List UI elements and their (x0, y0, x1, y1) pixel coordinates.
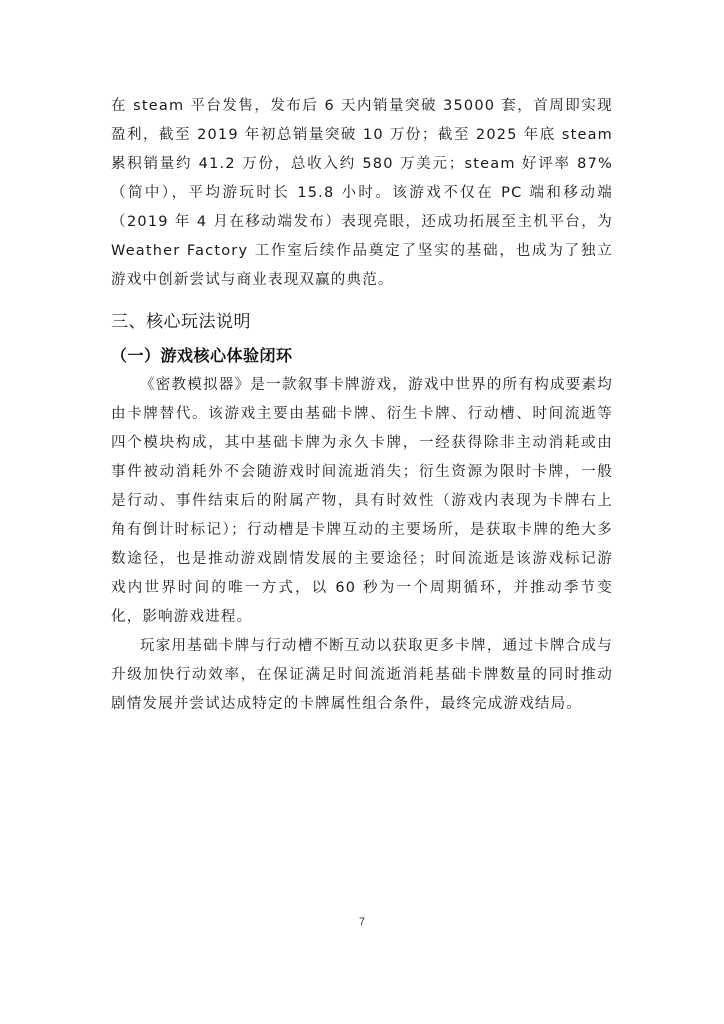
subsection-heading: （一）游戏核心体验闭环 (111, 341, 613, 371)
document-page: 在 steam 平台发售，发布后 6 天内销量突破 35000 套，首周即实现盈… (111, 92, 613, 719)
body-paragraph-continued: 在 steam 平台发售，发布后 6 天内销量突破 35000 套，首周即实现盈… (111, 92, 613, 295)
section-heading: 三、核心玩法说明 (111, 307, 613, 337)
page-number: 7 (0, 916, 724, 928)
body-paragraph: 《密教模拟器》是一款叙事卡牌游戏，游戏中世界的所有构成要素均由卡牌替代。该游戏主… (111, 371, 613, 632)
body-paragraph: 玩家用基础卡牌与行动槽不断互动以获取更多卡牌，通过卡牌合成与升级加快行动效率，在… (111, 632, 613, 719)
